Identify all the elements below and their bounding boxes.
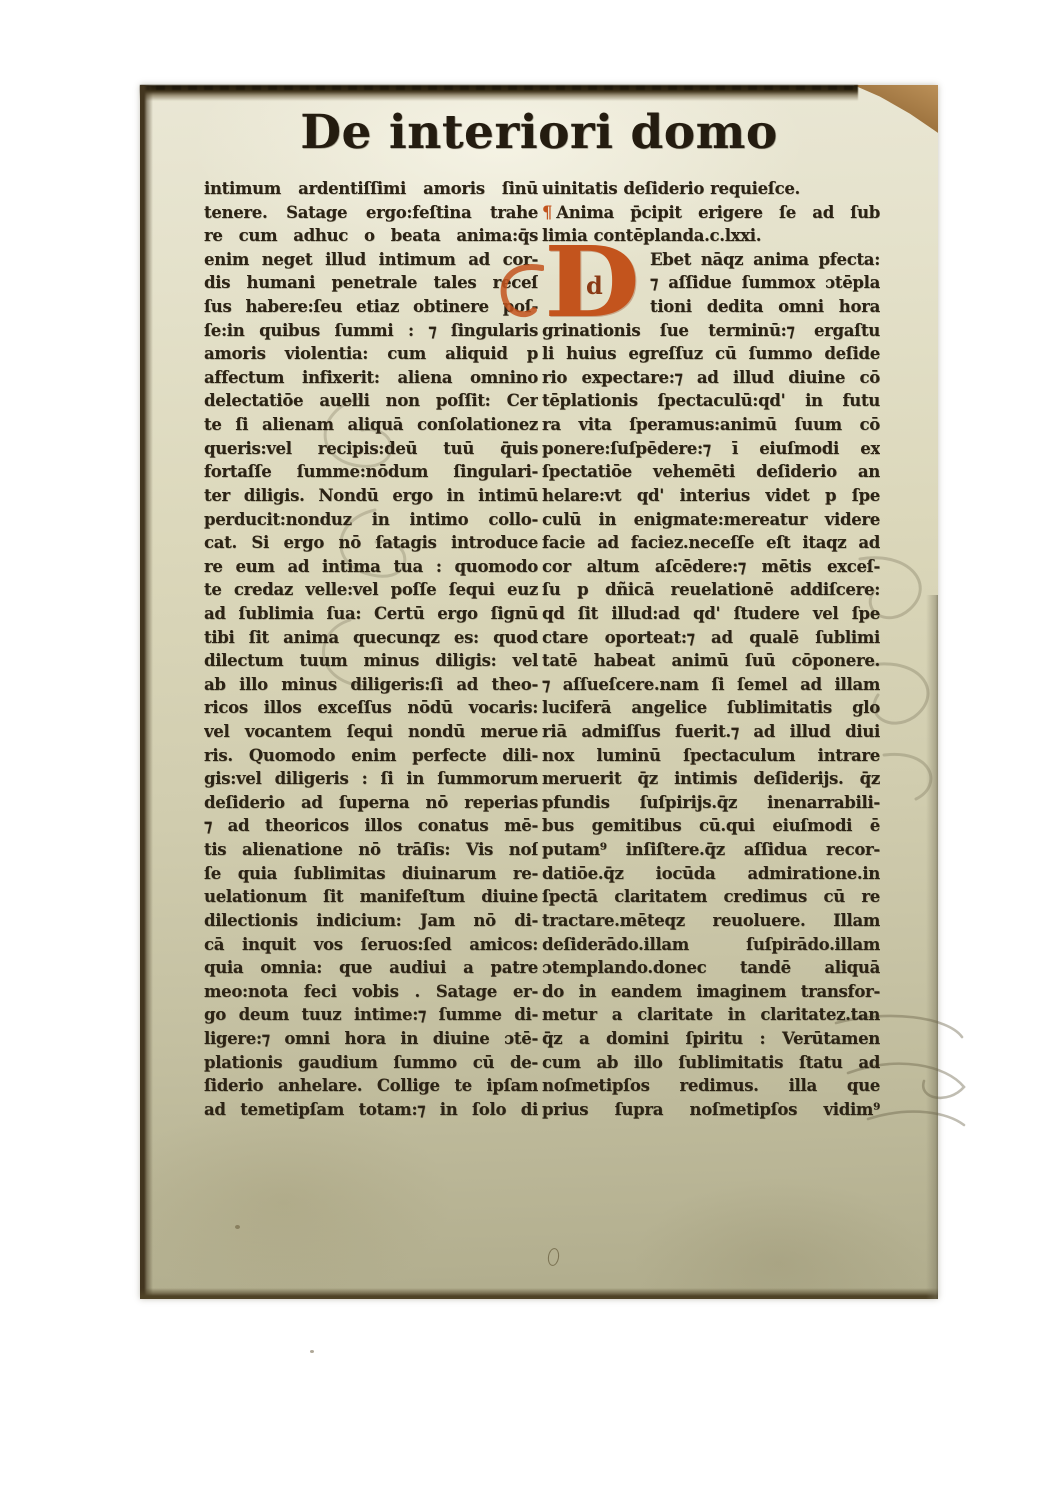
ink-speck xyxy=(235,1225,240,1229)
pen-mark xyxy=(547,1247,561,1266)
drop-cap-initial: D d xyxy=(542,244,646,336)
text-line: culū in enigmate:mereatur videre xyxy=(542,508,880,532)
text-line: ra vita ſperamus:animū ſuum cō xyxy=(542,413,880,437)
text-line: cum ab illo ſublimitatis ſtatu ad xyxy=(542,1051,880,1075)
text-line: perducit:nonduz in intimo collo- xyxy=(204,508,538,532)
text-line: pfundis ſuſpirijs.q̄z inenarrabili- xyxy=(542,791,880,815)
drop-cap-flourish xyxy=(496,260,544,322)
text-line: q̄z a domini ſpiritu : Verūtamen xyxy=(542,1027,880,1051)
text-line: uinitatis deſiderio requieſce. xyxy=(542,177,880,201)
text-line: meruerit q̄z intimis deſiderijs. q̄z xyxy=(542,767,880,791)
text-line: tioni dedita omni hora pe xyxy=(650,295,880,319)
text-line: rio expectare:⁊ ad illud diuine cō xyxy=(542,366,880,390)
column-intro-lines: uinitatis deſiderio requieſce. xyxy=(542,177,880,201)
text-line: ſpectatiōe vehemēti deſiderio an xyxy=(542,460,880,484)
text-line: ponere:ſuſpēdere:⁊ ī eiuſmodi ex xyxy=(542,437,880,461)
text-line: ⁊ aſſueſcere.nam ſi ſemel ad illam xyxy=(542,673,880,697)
text-line: do in eandem imaginem transfor- xyxy=(542,980,880,1004)
text-line: ris. Quomodo enim perfecte dili- xyxy=(204,744,538,768)
text-line: gis:vel diligeris : ſi in ſummorum xyxy=(204,767,538,791)
text-line: metur a claritate in claritatez.tan xyxy=(542,1003,880,1027)
book-page: De interiori domo int xyxy=(140,85,938,1299)
text-line: riā admiſſus fuerit.⁊ ad illud diui xyxy=(542,720,880,744)
text-line: ricos illos exceſſus nōdū vocaris: xyxy=(204,696,538,720)
text-line: te credaz velle:vel poſſe ſequi euz xyxy=(204,578,538,602)
text-line: qd ſit illud:ad qd' ſtudere vel ſpe xyxy=(542,602,880,626)
text-line: enim neget illud intimum ad cor- xyxy=(204,248,538,272)
photo-background: De interiori domo int xyxy=(0,0,1060,1500)
text-line: tibi ſit anima quecunqz es: quod xyxy=(204,626,538,650)
text-line: tractare.mēteqz reuoluere. Illam xyxy=(542,909,880,933)
column-body-lines: grinationis ſue terminū:⁊ ergaſtuli huiu… xyxy=(542,319,880,1122)
text-line: li huius egreſſuz cū ſummo deſide xyxy=(542,342,880,366)
text-line: cor altum aſcēdere:⁊ mētis exceſ- xyxy=(542,555,880,579)
text-line: re eum ad intima tua : quomodo xyxy=(204,555,538,579)
text-line: ⁊ aſſidue ſummox ɔtēpla xyxy=(650,271,880,295)
text-line: ſiderio anhelare. Collige te ipſam xyxy=(204,1074,538,1098)
page-top-edge xyxy=(140,85,858,101)
text-line: datiōe.q̄z iocūda admiratione.in xyxy=(542,862,880,886)
text-line: plationis gaudium ſummo cū de- xyxy=(204,1051,538,1075)
text-line: ſus habere:ſeu etiaz obtinere poſ- xyxy=(204,295,538,319)
text-line: ad temetipſam totam:⁊ in ſolo di xyxy=(204,1098,538,1122)
text-line: tis alienatione nō trāſis: Vis noſ xyxy=(204,838,538,862)
text-line: dis humani penetrale tales receſ xyxy=(204,271,538,295)
text-column-right: uinitatis deſiderio requieſce. ¶Anima p̄… xyxy=(542,177,880,1121)
text-line: ſu p dñicā reuelationē addiſcere: xyxy=(542,578,880,602)
text-line: helare:vt qd' interius videt p ſpe xyxy=(542,484,880,508)
text-line: amoris violentia: cum aliquid p xyxy=(204,342,538,366)
text-line: ab illo minus diligeris:ſi ad theo- xyxy=(204,673,538,697)
text-column-left: intimum ardentiſſimi amoris ſinūtenere. … xyxy=(204,177,538,1121)
text-line: tatē habeat animū ſuū cōponere. xyxy=(542,649,880,673)
text-line: bus gemitibus cū.qui eiuſmodi ē xyxy=(542,814,880,838)
text-line: deſiderio ad ſuperna nō reperias xyxy=(204,791,538,815)
text-line: quia omnia: que audiui a patre xyxy=(204,956,538,980)
text-line: queris:vel recipis:deū tuū q̄uis xyxy=(204,437,538,461)
text-block: intimum ardentiſſimi amoris ſinūtenere. … xyxy=(204,177,880,1121)
drop-cap-guide-letter: d xyxy=(586,274,603,298)
text-line: Ebet nāqz anima pfecta: xyxy=(650,248,880,272)
text-line: dilectionis indicium: Jam nō di- xyxy=(204,909,538,933)
text-line: tenere. Satage ergo:feſtina trahe xyxy=(204,201,538,225)
page-title: De interiori domo xyxy=(140,105,938,160)
text-line: delectatiōe auelli non poſſit: Cer xyxy=(204,389,538,413)
pilcrow-mark: ¶ xyxy=(542,203,552,222)
page-bottom-edge xyxy=(140,1288,938,1299)
text-line: ad ſublimia ſua: Certū ergo ſignū xyxy=(204,602,538,626)
text-line: facie ad faciez.neceſſe eſt itaqz ad xyxy=(542,531,880,555)
text-line: ſpectā claritatem credimus cū re xyxy=(542,885,880,909)
text-line: cat. Si ergo nō ſatagis introduce xyxy=(204,531,538,555)
text-line: te ſi alienam aliquā conſolationez xyxy=(204,413,538,437)
text-line: uelationum ſit manifeſtum diuine xyxy=(204,885,538,909)
ink-speck xyxy=(310,1350,314,1353)
text-line: ligere:⁊ omni hora in diuine ɔtē- xyxy=(204,1027,538,1051)
text-line: ⁊ ad theoricos illos conatus mē- xyxy=(204,814,538,838)
text-line: vel vocantem ſequi nondū merue xyxy=(204,720,538,744)
text-line: dilectum tuum minus diligis: vel xyxy=(204,649,538,673)
text-line: ſe:in quibus ſummi : ⁊ ſingularis xyxy=(204,319,538,343)
text-line: ɔtemplando.donec tandē aliquā xyxy=(542,956,880,980)
text-line: re cum adhuc o beata anima:q̄s xyxy=(204,224,538,248)
text-line: ter diligis. Nondū ergo in intimū xyxy=(204,484,538,508)
text-line: affectum infixerit: aliena omnino xyxy=(204,366,538,390)
text-line: cā inquit vos ſeruos:ſed amicos: xyxy=(204,933,538,957)
rubric-text: Anima p̄cipit erigere ſe ad ſub xyxy=(556,203,880,222)
chapter-rubric-line: ¶Anima p̄cipit erigere ſe ad ſub xyxy=(542,201,880,225)
text-line: intimum ardentiſſimi amoris ſinū xyxy=(204,177,538,201)
text-line: prius ſupra noſmetipſos vidim⁹ xyxy=(542,1098,880,1122)
text-line: go deum tuuz intime:⁊ ſumme di- xyxy=(204,1003,538,1027)
text-line: ctare oporteat:⁊ ad qualē ſublimi xyxy=(542,626,880,650)
text-line: deſiderādo.illam ſuſpirādo.illam xyxy=(542,933,880,957)
text-line: meo:nota feci vobis . Satage er- xyxy=(204,980,538,1004)
text-line: putam⁹ inſiſtere.q̄z aſſidua recor- xyxy=(542,838,880,862)
text-line: luciferā angelice ſublimitatis glo xyxy=(542,696,880,720)
text-line: fortaſſe ſumme:nōdum ſingulari- xyxy=(204,460,538,484)
text-line: tēplationis ſpectaculū:qd' in futu xyxy=(542,389,880,413)
text-line: noſmetipſos redimus. illa que xyxy=(542,1074,880,1098)
text-line: ſe quia ſublimitas diuinarum re- xyxy=(204,862,538,886)
drop-cap-region: D d Ebet nāqz anima pfecta:⁊ aſſidue ſum… xyxy=(542,248,880,319)
page-left-edge xyxy=(140,85,153,1299)
text-line: nox luminū ſpectaculum intrare xyxy=(542,744,880,768)
page-top-edge-soil xyxy=(140,85,858,90)
